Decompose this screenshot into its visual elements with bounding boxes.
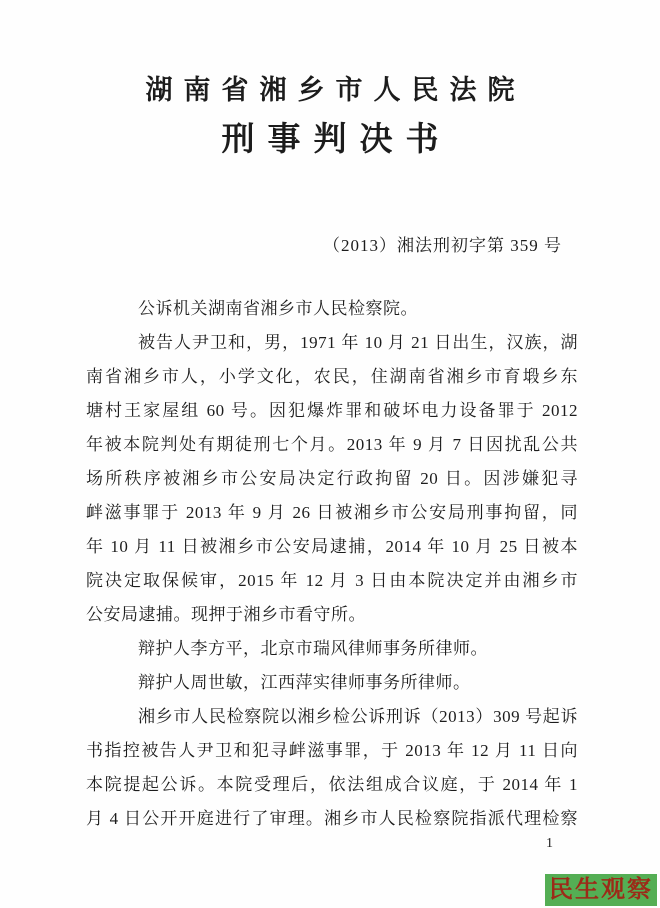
- page-number: 1: [546, 836, 553, 852]
- document-body: 公诉机关湖南省湘乡市人民检察院。 被告人尹卫和，男，1971 年 10 月 21…: [86, 292, 578, 836]
- body-line: 衅滋事罪于 2013 年 9 月 26 日被湘乡市公安局刑事拘留，同: [86, 496, 578, 530]
- body-line: 塘村王家屋组 60 号。因犯爆炸罪和破坏电力设备罪于 2012: [86, 394, 578, 428]
- body-line: 月 4 日公开开庭进行了审理。湘乡市人民检察院指派代理检察: [86, 802, 578, 836]
- judgment-document-page: 湖南省湘乡市人民法院 刑事判决书 （2013）湘法刑初字第 359 号 公诉机关…: [0, 0, 660, 908]
- body-line: 场所秩序被湘乡市公安局决定行政拘留 20 日。因涉嫌犯寻: [86, 462, 578, 496]
- case-number: （2013）湘法刑初字第 359 号: [323, 231, 562, 256]
- body-line: 书指控被告人尹卫和犯寻衅滋事罪，于 2013 年 12 月 11 日向: [86, 734, 578, 768]
- body-line: 公安局逮捕。现押于湘乡市看守所。: [86, 598, 578, 632]
- body-line: 被告人尹卫和，男，1971 年 10 月 21 日出生，汉族，湖: [86, 326, 578, 360]
- watermark-minsheng-guancha: 民生观察: [545, 874, 657, 906]
- body-line: 年 10 月 11 日被湘乡市公安局逮捕，2014 年 10 月 25 日被本: [86, 530, 578, 564]
- body-line: 年被本院判处有期徒刑七个月。2013 年 9 月 7 日因扰乱公共: [86, 428, 578, 462]
- body-line: 本院提起公诉。本院受理后，依法组成合议庭，于 2014 年 1: [86, 768, 578, 802]
- body-line: 院决定取保候审，2015 年 12 月 3 日由本院决定并由湘乡市: [86, 564, 578, 598]
- document-type-title: 刑事判决书: [0, 113, 660, 160]
- body-line: 公诉机关湖南省湘乡市人民检察院。: [86, 292, 578, 326]
- body-line: 辩护人李方平，北京市瑞风律师事务所律师。: [86, 632, 578, 666]
- body-line: 南省湘乡市人，小学文化，农民，住湖南省湘乡市育塅乡东: [86, 360, 578, 394]
- body-line: 湘乡市人民检察院以湘乡检公诉刑诉（2013）309 号起诉: [86, 700, 578, 734]
- body-line: 辩护人周世敏，江西萍实律师事务所律师。: [86, 666, 578, 700]
- court-name-title: 湖南省湘乡市人民法院: [0, 68, 660, 107]
